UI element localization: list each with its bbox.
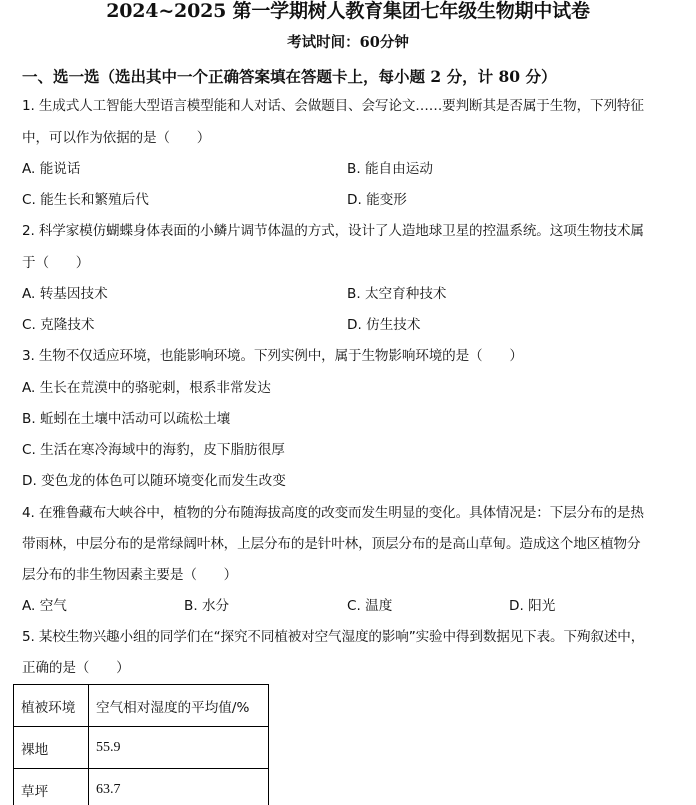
question-3-stem-line-1: 3. 生物不仅适应环境，也能影响环境。下列实例中，属于生物影响环境的是（ ）	[22, 347, 523, 365]
table-row: 裸地 55.9	[14, 727, 269, 769]
question-4-stem-line-1: 4. 在雅鲁藏布大峡谷中，植物的分布随海拔高度的改变而发生明显的变化。具体情况是…	[22, 504, 644, 522]
question-5-stem-line-2: 正确的是（ ）	[22, 659, 130, 677]
question-2-option-d[interactable]: D. 仿生技术	[347, 316, 420, 334]
question-3-option-c[interactable]: C. 生活在寒冷海域中的海豹，皮下脂肪很厚	[22, 441, 285, 459]
question-4-option-c[interactable]: C. 温度	[347, 597, 392, 615]
question-3-option-d[interactable]: D. 变色龙的体色可以随环境变化而发生改变	[22, 472, 286, 490]
question-2-stem-line-2: 于（ ）	[22, 254, 89, 272]
question-1-option-b[interactable]: B. 能自由运动	[347, 160, 433, 178]
question-1-option-a[interactable]: A. 能说话	[22, 160, 80, 178]
question-4-option-b[interactable]: B. 水分	[184, 597, 229, 615]
question-3-option-b[interactable]: B. 蚯蚓在土壤中活动可以疏松土壤	[22, 410, 230, 428]
question-1-option-d[interactable]: D. 能变形	[347, 191, 407, 209]
table-header-cell: 空气相对湿度的平均值/%	[89, 685, 269, 727]
question-2-option-a[interactable]: A. 转基因技术	[22, 285, 108, 303]
question-4-option-a[interactable]: A. 空气	[22, 597, 67, 615]
question-1-stem-line-2: 中，可以作为依据的是（ ）	[22, 129, 210, 147]
question-4-stem-line-2: 带雨林，中层分布的是常绿阔叶林，上层分布的是针叶林，顶层分布的是高山草甸。造成这…	[22, 535, 640, 553]
table-cell-humidity: 55.9	[89, 727, 269, 769]
table-cell-vegetation: 裸地	[14, 727, 89, 769]
table-cell-vegetation: 草坪	[14, 769, 89, 805]
question-4-stem-line-3: 层分布的非生物因素主要是（ ）	[22, 566, 237, 584]
question-4-option-d[interactable]: D. 阳光	[509, 597, 555, 615]
table-row: 草坪 63.7	[14, 769, 269, 805]
exam-title: 2024~2025 第一学期树人教育集团七年级生物期中试卷	[0, 0, 696, 24]
question-1-stem-line-1: 1. 生成式人工智能大型语言模型能和人对话、会做题目、会写论文……要判断其是否属…	[22, 97, 644, 115]
table-header-cell: 植被环境	[14, 685, 89, 727]
question-5-stem-line-1: 5. 某校生物兴趣小组的同学们在“探究不同植被对空气湿度的影响”实验中得到数据见…	[22, 628, 644, 646]
question-2-option-b[interactable]: B. 太空育种技术	[347, 285, 447, 303]
exam-duration: 考试时间：60分钟	[0, 33, 696, 53]
question-1-option-c[interactable]: C. 能生长和繁殖后代	[22, 191, 149, 209]
humidity-data-table: 植被环境 空气相对湿度的平均值/% 裸地 55.9 草坪 63.7	[13, 684, 269, 805]
table-cell-humidity: 63.7	[89, 769, 269, 805]
question-3-option-a[interactable]: A. 生长在荒漠中的骆驼刺，根系非常发达	[22, 379, 271, 397]
question-2-option-c[interactable]: C. 克隆技术	[22, 316, 95, 334]
table-header-row: 植被环境 空气相对湿度的平均值/%	[14, 685, 269, 727]
section-heading: 一、选一选（选出其中一个正确答案填在答题卡上，每小题 2 分，计 80 分）	[22, 66, 682, 88]
question-2-stem-line-1: 2. 科学家模仿蝴蝶身体表面的小鳞片调节体温的方式，设计了人造地球卫星的控温系统…	[22, 222, 644, 240]
